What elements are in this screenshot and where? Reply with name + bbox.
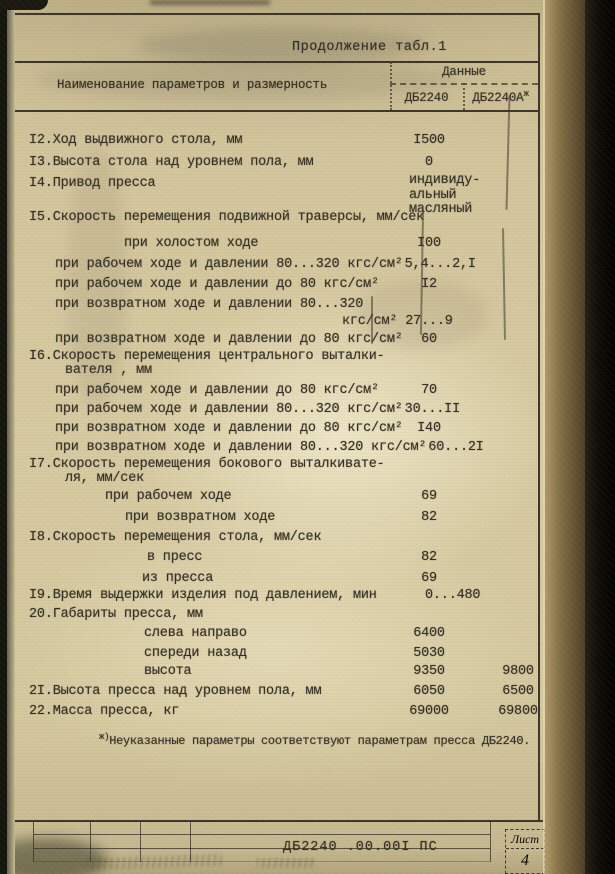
row-value: 69000 xyxy=(377,704,481,719)
title-block-line xyxy=(490,820,491,862)
table-row: I7.Скорость перемещения бокового выталки… xyxy=(27,457,550,491)
row-value: 82 xyxy=(377,510,481,525)
row-label: при рабочем ходе и давлении до 80 кгс/см… xyxy=(55,277,379,292)
row-value: 0...480 xyxy=(425,588,505,603)
table-row: I8.Скорость перемещения стола, мм/сек xyxy=(27,530,550,550)
table-row: при рабочем ходе и давлении 80...320 кгс… xyxy=(27,402,550,422)
row-label: I4.Привод пресса xyxy=(29,176,155,191)
data-header-underline xyxy=(390,83,538,85)
handwritten-scribble xyxy=(87,854,222,871)
row-value: 0 xyxy=(377,155,481,170)
sheet-number-box: Лист 4 xyxy=(505,829,545,874)
table-row: слева направо 6400 xyxy=(27,626,550,646)
footnote-marker: ж) xyxy=(99,732,109,742)
sheet-number: 4 xyxy=(506,849,544,873)
book-page-edges xyxy=(545,0,585,874)
row-value: 69 xyxy=(377,571,481,586)
row-label: I2.Ход выдвижного стола, мм xyxy=(29,133,242,148)
model-b-label: ДБ2240А xyxy=(472,91,523,105)
row-label: при рабочем ходе и давлении до 80 кгс/см… xyxy=(55,383,379,398)
page-gutter xyxy=(7,0,15,874)
table-row: при возвратном ходе 82 xyxy=(27,510,550,530)
row-value: 6050 xyxy=(377,684,481,699)
row-label: при возвратном ходе и давлении 80...320 … xyxy=(55,440,484,455)
row-label: I3.Высота стола над уровнем пола, мм xyxy=(29,155,313,170)
row-label: I6.Скорость перемещения центрального выт… xyxy=(29,349,385,364)
column-header-model-db2240: ДБ2240 xyxy=(390,91,463,105)
pencil-stroke xyxy=(371,296,373,344)
row-label: при рабочем ходе и давлении 80...320 кгс… xyxy=(55,257,476,272)
footnote: ж)Неуказанные параметры соответствуют па… xyxy=(99,734,530,748)
table-row: при возвратном ходе и давлении до 80 кгс… xyxy=(27,421,550,441)
row-label: слева направо xyxy=(144,626,247,641)
row-value: 30...II xyxy=(403,402,460,417)
column-header-model-db2240a: ДБ2240Аж xyxy=(463,91,538,105)
row-label: в пресс xyxy=(147,550,202,565)
scanned-page: Продолжение табл.1 Наименование параметр… xyxy=(0,0,615,874)
sheet-label: Лист xyxy=(506,830,544,849)
row-value: 27...9 xyxy=(377,314,481,329)
table-row: при рабочем ходе и давлении до 80 кгс/см… xyxy=(27,383,550,403)
row-value: 70 xyxy=(377,383,481,398)
table-border-top xyxy=(12,13,540,15)
doc-number: ДБ2240 .00.00I ПС xyxy=(283,840,438,855)
row-value: 60...2I xyxy=(426,440,483,455)
row-label-continued: вателя , мм xyxy=(65,363,152,378)
row-value: 6400 xyxy=(377,626,481,641)
title-block-line xyxy=(90,820,91,862)
row-label: I5.Скорость перемещения подвижной травер… xyxy=(29,210,424,225)
table-row: спереди назад 5030 xyxy=(27,646,550,666)
scan-edge-right xyxy=(585,0,615,874)
table-row: 22.Масса пресса, кг 69000 69800 xyxy=(27,704,550,724)
row-value: I40 xyxy=(377,421,481,436)
model-b-footnote-mark: ж xyxy=(523,89,528,99)
row-label: 2I.Высота пресса над уровнем пола, мм xyxy=(29,684,321,699)
table-row: 2I.Высота пресса над уровнем пола, мм 60… xyxy=(27,684,550,704)
table-row: I4.Привод пресса индивиду- альный маслян… xyxy=(27,176,550,196)
row-label: 20.Габариты пресса, мм xyxy=(29,607,203,622)
model-a-label: ДБ2240 xyxy=(405,91,449,105)
row-value: 82 xyxy=(377,550,481,565)
row-value: 69 xyxy=(377,489,481,504)
table-row: I2.Ход выдвижного стола, мм I500 xyxy=(27,133,550,153)
table-row: I9.Время выдержки изделия под давлением,… xyxy=(27,588,550,608)
row-value: I2 xyxy=(377,277,481,292)
handwritten-scribble xyxy=(257,858,317,868)
column-header-data: Данные xyxy=(390,65,538,79)
header-bottom-rule xyxy=(12,110,540,112)
row-value: 5,4...2,I xyxy=(403,257,476,272)
row-value: 9350 xyxy=(377,664,481,679)
footnote-text: Неуказанные параметры соответствуют пара… xyxy=(109,734,530,748)
row-label: I7.Скорость перемещения бокового выталки… xyxy=(29,457,385,472)
table-row: при рабочем ходе и давлении до 80 кгс/см… xyxy=(27,277,550,297)
header-top-rule xyxy=(12,61,540,63)
row-label: высота xyxy=(144,664,191,679)
page-title: Продолжение табл.1 xyxy=(292,40,447,55)
row-label: при возвратном ходе xyxy=(125,510,275,525)
row-label: из пресса xyxy=(142,571,213,586)
table-row: высота 9350 9800 xyxy=(27,664,550,684)
row-value: 60 xyxy=(377,332,481,347)
title-block-line xyxy=(33,820,34,862)
row-label: спереди назад xyxy=(144,646,247,661)
row-label: I9.Время выдержки изделия под давлением,… xyxy=(29,588,377,603)
row-label: при возвратном ходе и давлении 80...320 xyxy=(55,297,363,312)
row-label: при рабочем ходе и давлении 80...320 кгс… xyxy=(55,402,460,417)
table-row: при рабочем ходе и давлении 80...320 кгс… xyxy=(27,257,550,277)
column-header-name: Наименование параметров и размерность xyxy=(57,78,327,92)
table-row: 20.Габариты пресса, мм xyxy=(27,607,550,627)
row-label: I8.Скорость перемещения стола, мм/сек xyxy=(29,530,321,545)
table-row: I6.Скорость перемещения центрального выт… xyxy=(27,349,550,383)
row-label: при холостом ходе xyxy=(124,236,258,251)
title-block-line xyxy=(33,834,490,835)
row-label-continued: ля, мм/сек xyxy=(65,471,144,486)
table-row: при рабочем ходе 69 xyxy=(27,489,550,509)
row-value: I500 xyxy=(377,133,481,148)
table-row: при холостом ходе I00 xyxy=(27,236,550,256)
row-label: 22.Масса пресса, кг xyxy=(29,704,179,719)
row-label: при рабочем ходе xyxy=(105,489,231,504)
table-row: при возвратном ходе и давлении 80...320 … xyxy=(27,297,550,334)
row-label: при возвратном ходе и давлении до 80 кгс… xyxy=(55,421,403,436)
table-row: I3.Высота стола над уровнем пола, мм 0 xyxy=(27,155,550,175)
row-value: I00 xyxy=(377,236,481,251)
row-label: при возвратном ходе и давлении до 80 кгс… xyxy=(55,332,403,347)
table-row: в пресс 82 xyxy=(27,550,550,570)
table-row: I5.Скорость перемещения подвижной травер… xyxy=(27,210,550,230)
row-value: 5030 xyxy=(377,646,481,661)
paper-sheet: Продолжение табл.1 Наименование параметр… xyxy=(7,0,545,874)
scan-edge-left xyxy=(0,0,7,874)
